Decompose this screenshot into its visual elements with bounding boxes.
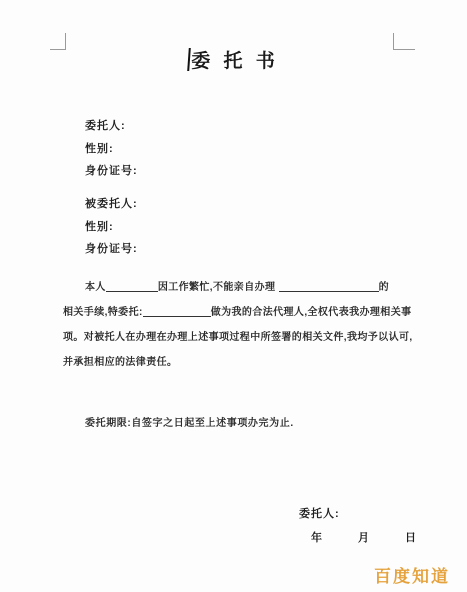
principal-gender-label: 性别: [85,138,138,161]
agent-info-block: 被委托人: 性别: 身份证号: [85,193,138,261]
date-day-label: 日 [405,529,416,545]
date-year-label: 年 [311,529,322,545]
body-line-1: 本人因工作繁忙,不能亲自办理 的 [85,278,430,293]
principal-name-label: 委托人: [85,115,138,138]
signature-principal-label: 委托人: [299,505,340,521]
blank-agent-name[interactable] [143,305,211,317]
principal-id-label: 身份证号: [85,160,138,183]
body-line-2: 相关手续,特委托:做为我的合法代理人,全权代表我办理相关事 [63,303,408,318]
principal-info-block: 委托人: 性别: 身份证号: [85,115,138,183]
document-title-row: 委 托 书 [0,46,467,73]
term-line: 委托期限:自签字之日起至上述事项办完为止. [85,414,294,429]
baidu-zhidao-watermark: 百度知道 [374,562,450,587]
date-month-label: 月 [358,529,369,545]
document-page[interactable]: 委 托 书 委托人: 性别: 身份证号: 被委托人: 性别: 身份证号: 本人因… [0,0,467,592]
body-line2-tail: 做为我的合法代理人,全权代表我办理相关事 [211,307,412,318]
blank-matter[interactable] [279,280,379,292]
signature-date-row: 年月日 [311,529,416,545]
blank-principal-name[interactable] [106,280,158,292]
body-line1-mid: 因工作繁忙,不能亲自办理 [158,282,276,293]
body-line-4: 并承担相应的法律责任。 [63,353,408,368]
agent-name-label: 被委托人: [85,193,138,216]
body-line1-pre: 本人 [85,282,106,293]
agent-gender-label: 性别: [85,216,138,239]
document-title: 委 托 书 [191,51,279,72]
agent-id-label: 身份证号: [85,238,138,261]
body-line2-pre: 相关手续,特委托: [63,307,143,318]
body-line-3: 项。对被托人在办理在办理上述事项过程中所签署的相关文件,我均予以认可, [63,328,408,343]
body-line1-tail: 的 [379,282,389,293]
